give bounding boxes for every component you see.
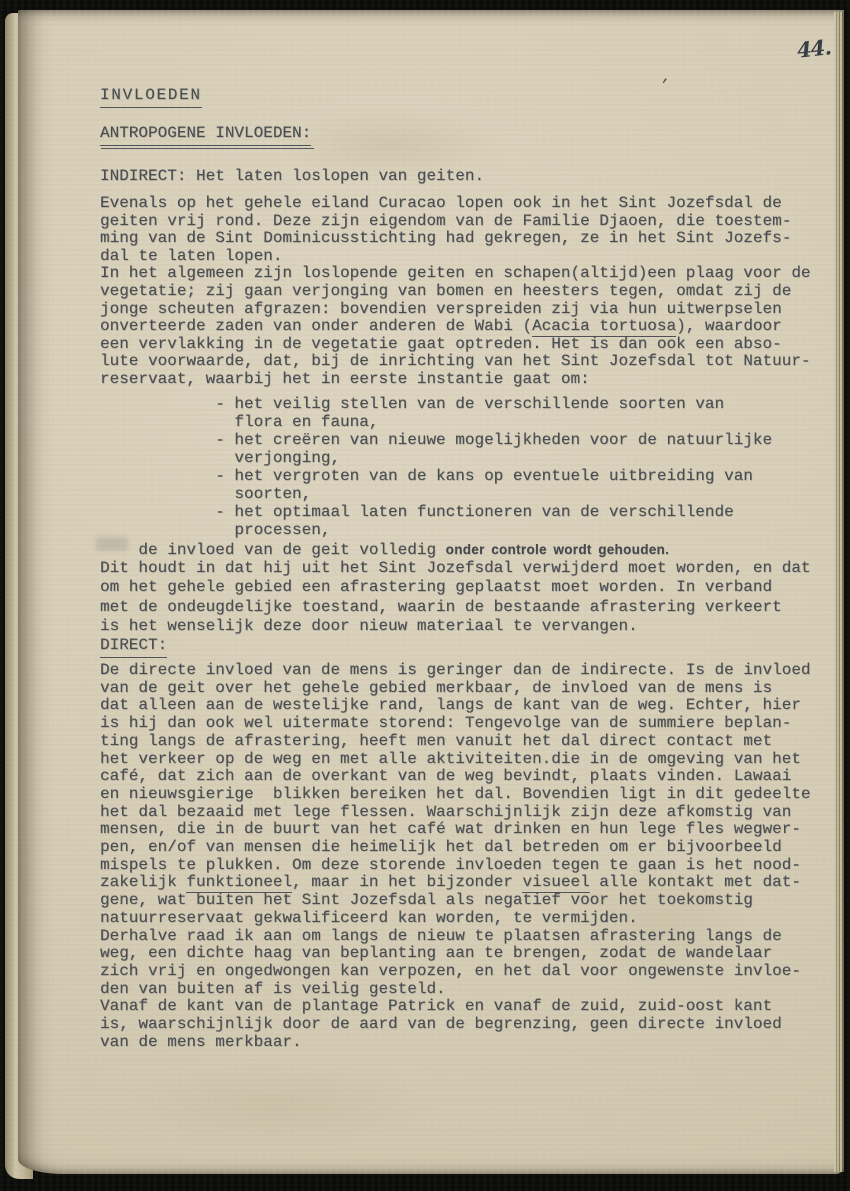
text-line: ting langs de afrastering, heeft men van…: [100, 733, 811, 751]
text-line: van de geit over het gehele gebied merkb…: [100, 680, 811, 698]
text-line: is hij dan ook wel uitermate storend: Te…: [100, 715, 811, 733]
text-line: geiten vrij rond. Deze zijn eigendom van…: [100, 213, 811, 231]
page-stack-edges: [834, 12, 844, 1172]
text-line: mensen, die in de buurt van het café wat…: [100, 821, 811, 839]
text-line: café, dat zich aan de overkant van de we…: [100, 768, 811, 786]
text-line: pen, en/of van mensen die heimelijk het …: [100, 839, 811, 857]
text-line: dal te laten lopen.: [100, 248, 811, 266]
text-line: verjonging,: [100, 449, 772, 467]
text-line: een vervlakking in de vegetatie gaat opt…: [100, 336, 811, 354]
text-line: zich vrij en ongedwongen kan verpozen, e…: [100, 963, 811, 981]
heading-label: ANTROPOGENE INVLOEDEN:: [100, 124, 311, 146]
text-line: Vanaf de kant van de plantage Patrick en…: [100, 998, 811, 1016]
text-line: natuurreservaat gekwalificeerd kan worde…: [100, 910, 811, 928]
text-line: weg, een dichte haag van beplanting aan …: [100, 945, 811, 963]
page-number-handwritten: 44.: [796, 34, 832, 62]
text-line: lute voorwaarde, dat, bij de inrichting …: [100, 353, 811, 371]
text-line: den van buiten af is veilig gesteld.: [100, 981, 811, 999]
text-line: Dit houdt in dat hij uit het Sint Jozefs…: [100, 559, 811, 578]
text-line: vegetatie; zij gaan verjonging van bomen…: [100, 283, 811, 301]
text-line: soorten,: [100, 485, 772, 503]
paragraph: de invloed van de geit volledig onder co…: [100, 540, 669, 560]
paragraph: Dit houdt in dat hij uit het Sint Jozefs…: [100, 559, 811, 636]
heading-label: INVLOEDEN: [100, 86, 202, 108]
text-line: reservaat, waarbij het in eerste instant…: [100, 371, 811, 389]
text-line: dat alleen aan de westelijke rand, langs…: [100, 697, 811, 715]
text-line: het verkeer op de weg en met alle aktivi…: [100, 751, 811, 769]
text-line: om het gehele gebied een afrastering gep…: [100, 578, 811, 597]
text-line: De directe invloed van de mens is gering…: [100, 662, 811, 680]
inserted-correction-text: onder controle wordt gehouden.: [446, 542, 670, 557]
heading: DIRECT:: [100, 636, 167, 658]
text-line: In het algemeen zijn loslopende geiten e…: [100, 265, 811, 283]
text-line: flora en fauna,: [100, 413, 772, 431]
text-line: ming van de Sint Dominicusstichting had …: [100, 230, 811, 248]
scanned-document: INVLOEDENANTROPOGENE INVLOEDEN:INDIRECT:…: [0, 0, 850, 1191]
paragraph: - het veilig stellen van de verschillend…: [100, 395, 772, 539]
text-line: jonge scheuten afgrazen: bovendien versp…: [100, 301, 811, 319]
text-line: onverteerde zaden van onder anderen de W…: [100, 318, 811, 336]
heading-label: DIRECT:: [100, 636, 167, 658]
heading: INVLOEDEN: [100, 86, 202, 108]
text-line: Evenals op het gehele eiland Curacao lop…: [100, 195, 811, 213]
text-line: INDIRECT: Het laten loslopen van geiten.: [100, 167, 484, 185]
text-line: - het creëren van nieuwe mogelijkheden v…: [100, 431, 772, 449]
paragraph: Evenals op het gehele eiland Curacao lop…: [100, 195, 811, 389]
text-line: - het veilig stellen van de verschillend…: [100, 395, 772, 413]
paragraph: INDIRECT: Het laten loslopen van geiten.: [100, 167, 484, 185]
text-line: - het optimaal laten functioneren van de…: [100, 503, 772, 521]
text-line: van de mens merkbaar.: [100, 1034, 811, 1052]
text-line: is, waarschijnlijk door de aard van de b…: [100, 1016, 811, 1034]
text-line: - het vergroten van de kans op eventuele…: [100, 467, 772, 485]
text-line: gene, wat buiten het Sint Jozefsdal als …: [100, 892, 811, 910]
text-line: zakelijk funktioneel, maar in het bijzon…: [100, 874, 811, 892]
text-line: het dal bezaaid met lege flessen. Waarsc…: [100, 804, 811, 822]
text-line: mispels te plukken. Om deze storende inv…: [100, 857, 811, 875]
text-line: Derhalve raad ik aan om langs de nieuw t…: [100, 928, 811, 946]
heading: ANTROPOGENE INVLOEDEN:: [100, 124, 311, 146]
text-line: met de ondeugdelijke toestand, waarin de…: [100, 598, 811, 617]
text-line: en nieuwsgierige blikken bereiken het da…: [100, 786, 811, 804]
text-line: processen,: [100, 521, 772, 539]
paragraph: De directe invloed van de mens is gering…: [100, 662, 811, 1051]
text-line: is het wenselijk deze door nieuw materia…: [100, 617, 811, 636]
text-line: de invloed van de geit volledig onder co…: [100, 540, 669, 560]
